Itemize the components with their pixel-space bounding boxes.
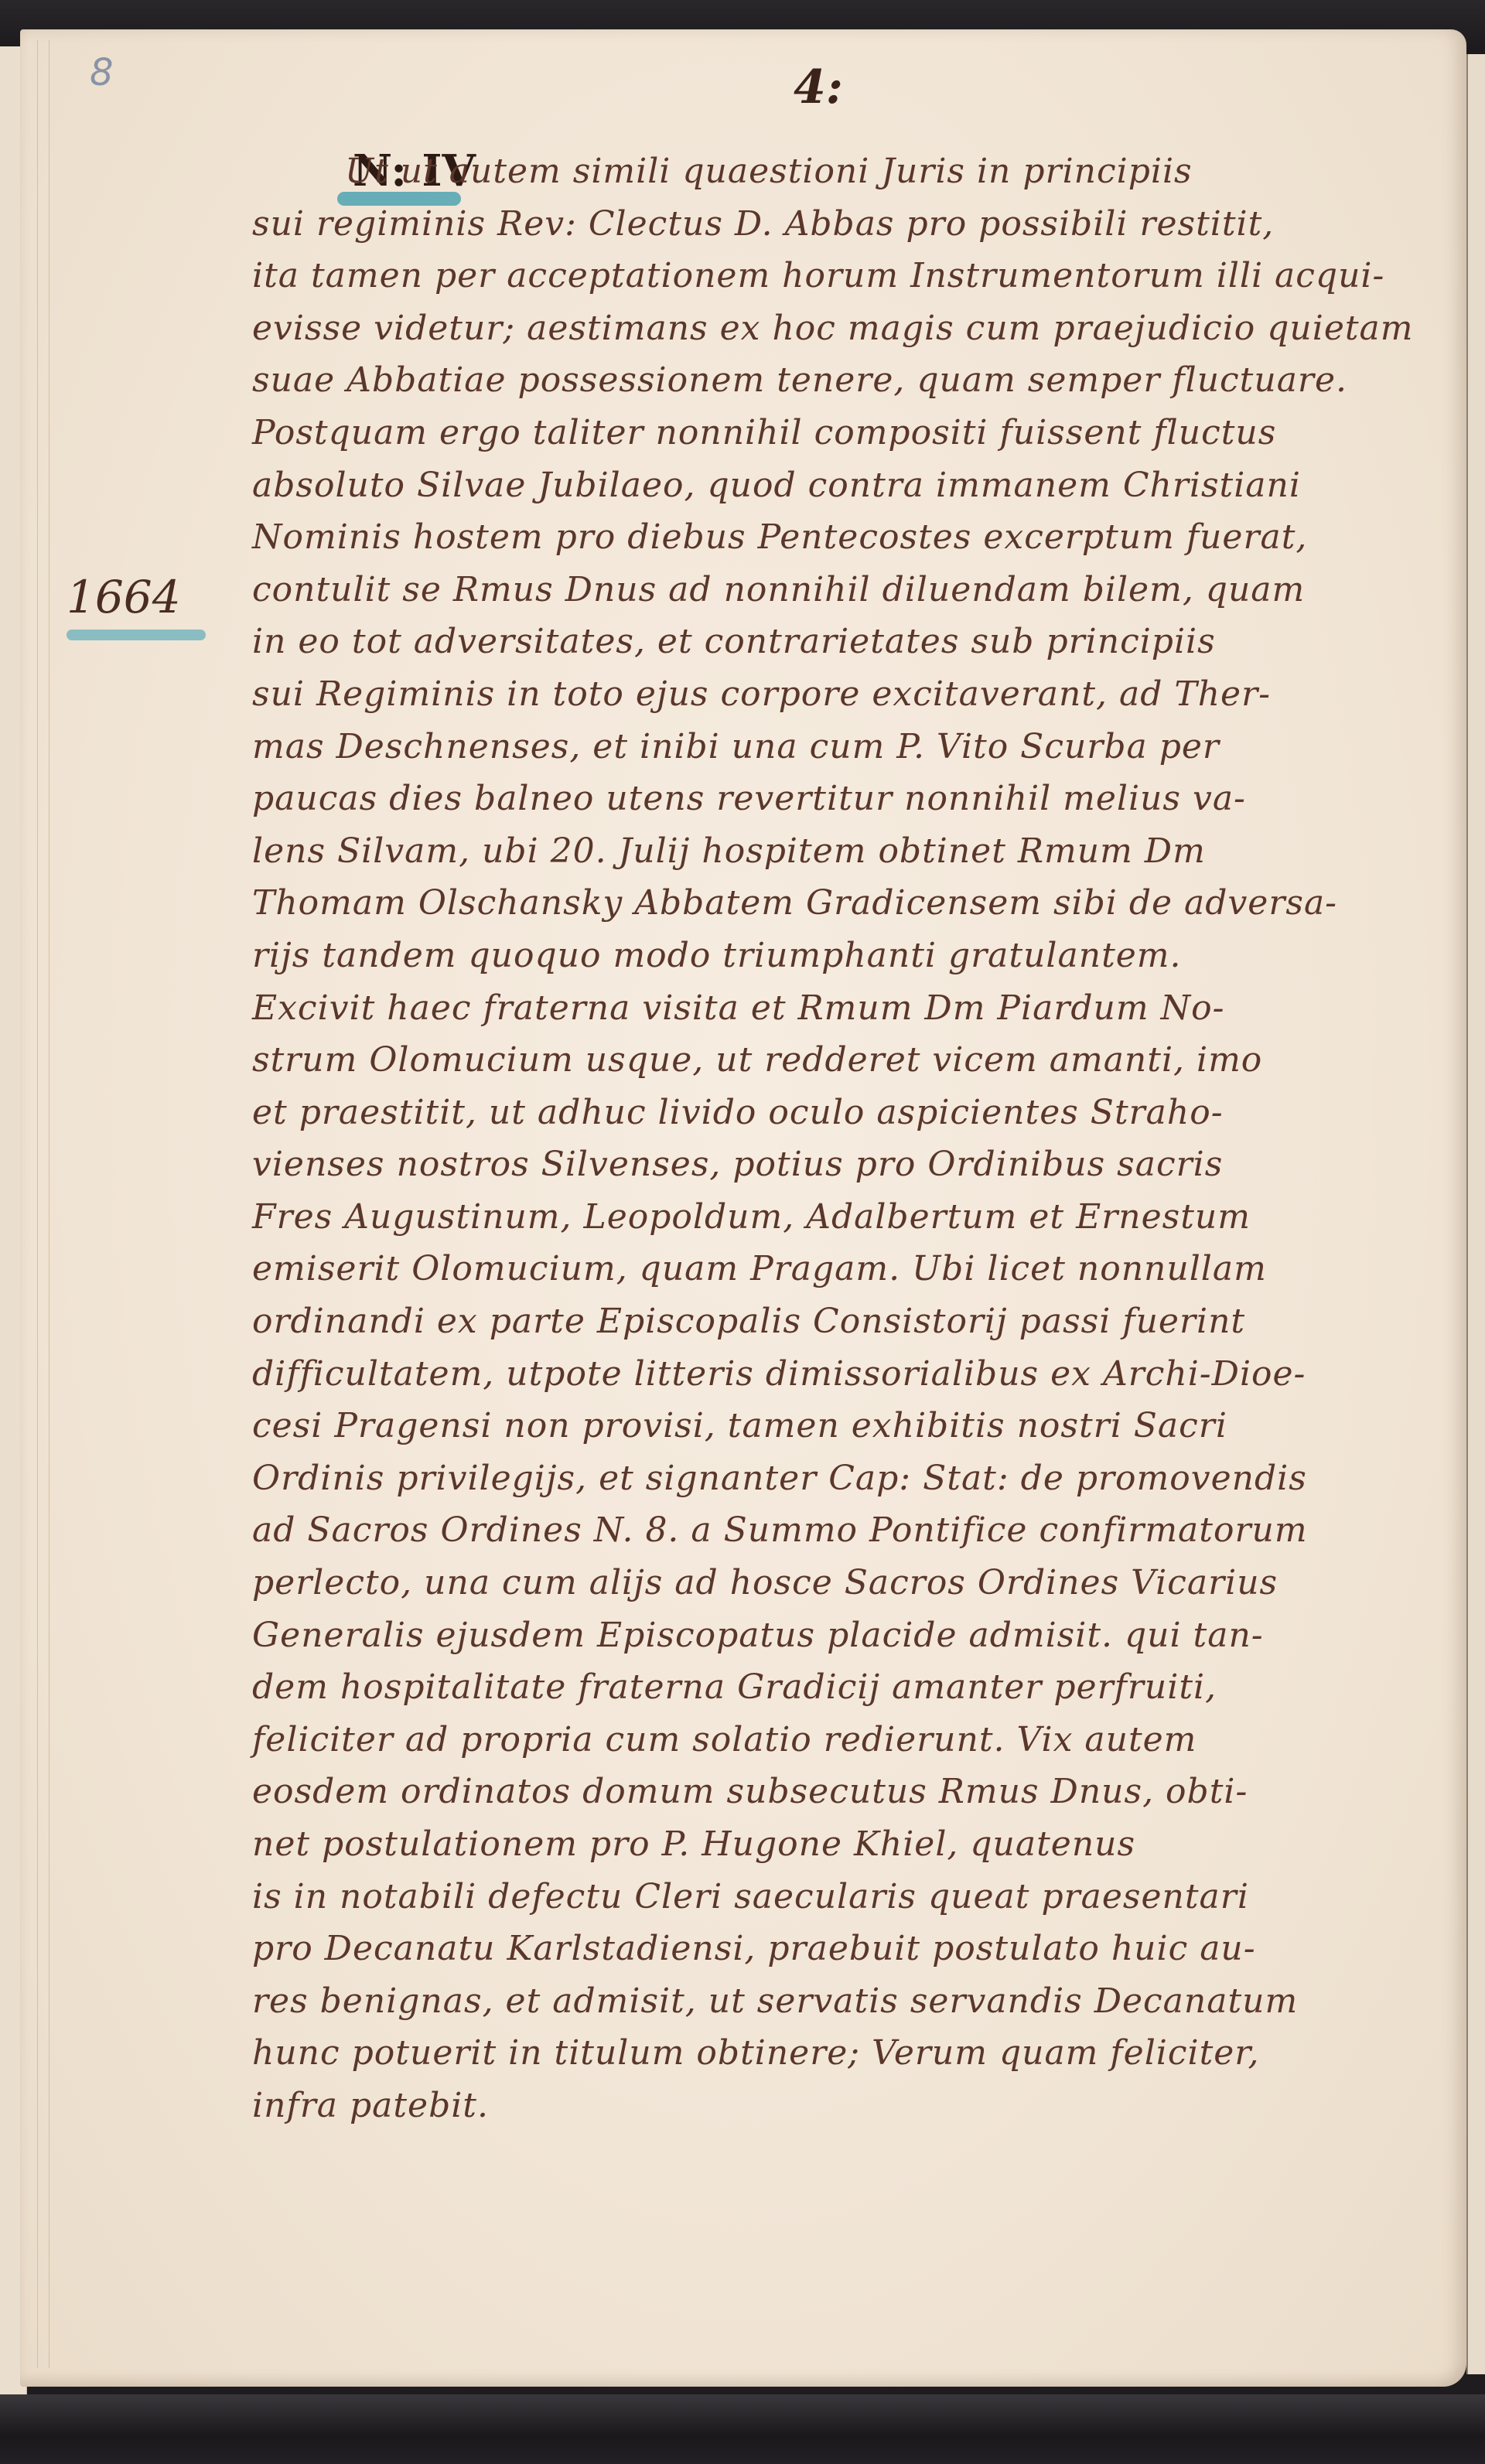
text-line: et praestitit, ut adhuc livido oculo asp…	[252, 1087, 1428, 1139]
text-line: mas Deschnenses, et inibi una cum P. Vit…	[252, 721, 1428, 773]
text-line: is in notabili defectu Cleri saecularis …	[252, 1871, 1428, 1923]
text-line: eosdem ordinatos domum subsecutus Rmus D…	[252, 1766, 1428, 1818]
text-line: vienses nostros Silvenses, potius pro Or…	[252, 1138, 1428, 1191]
book-binding-bottom	[0, 2394, 1485, 2464]
text-line: perlecto, una cum alijs ad hosce Sacros …	[252, 1557, 1428, 1609]
text-line: strum Olomucium usque, ut redderet vicem…	[252, 1034, 1428, 1087]
text-line: cesi Pragensi non provisi, tamen exhibit…	[252, 1400, 1428, 1452]
text-line: Postquam ergo taliter nonnihil compositi…	[252, 407, 1428, 459]
text-line: lens Silvam, ubi 20. Julij hospitem obti…	[252, 825, 1428, 878]
text-line: res benignas, et admisit, ut servatis se…	[252, 1975, 1428, 2028]
text-line: sui regiminis Rev: Clectus D. Abbas pro …	[252, 198, 1428, 251]
text-line: Ordinis privilegijs, et signanter Cap: S…	[252, 1452, 1428, 1505]
text-line: dem hospitalitate fraterna Gradicij aman…	[252, 1661, 1428, 1714]
page-number: 4:	[794, 60, 843, 114]
text-line: ordinandi ex parte Episcopalis Consistor…	[252, 1295, 1428, 1348]
text-line: infra patebit.	[252, 2080, 1428, 2132]
text-line: contulit se Rmus Dnus ad nonnihil diluen…	[252, 564, 1428, 616]
next-leaf-edge	[1466, 54, 1485, 2374]
text-line: Ut ut autem simili quaestioni Juris in p…	[252, 145, 1428, 198]
manuscript-text: Ut ut autem simili quaestioni Juris in p…	[252, 145, 1428, 2132]
text-line: Fres Augustinum, Leopoldum, Adalbertum e…	[252, 1191, 1428, 1244]
text-line: emiserit Olomucium, quam Pragam. Ubi lic…	[252, 1243, 1428, 1295]
text-line: sui Regiminis in toto ejus corpore excit…	[252, 668, 1428, 721]
text-line: ad Sacros Ordines N. 8. a Summo Pontific…	[252, 1504, 1428, 1557]
text-line: Excivit haec fraterna visita et Rmum Dm …	[252, 982, 1428, 1035]
text-line: rijs tandem quoquo modo triumphanti grat…	[252, 930, 1428, 982]
text-line: absoluto Silvae Jubilaeo, quod contra im…	[252, 459, 1428, 512]
text-line: ita tamen per acceptationem horum Instru…	[252, 250, 1428, 302]
margin-year: 1664	[67, 571, 181, 623]
text-line: feliciter ad propria cum solatio redieru…	[252, 1714, 1428, 1766]
text-line: difficultatem, utpote litteris dimissori…	[252, 1348, 1428, 1401]
text-line: Nominis hostem pro diebus Pentecostes ex…	[252, 511, 1428, 564]
text-line: suae Abbatiae possessionem tenere, quam …	[252, 354, 1428, 407]
margin-rule	[37, 40, 49, 2368]
manuscript-page: 8 4: N: IV 1664 Ut ut autem simili quaes…	[20, 29, 1466, 2387]
text-line: net postulationem pro P. Hugone Khiel, q…	[252, 1818, 1428, 1871]
blue-pencil-underline-year	[67, 630, 206, 640]
text-line: Generalis ejusdem Episcopatus placide ad…	[252, 1609, 1428, 1662]
text-line: in eo tot adversitates, et contrarietate…	[252, 616, 1428, 668]
text-line: evisse videtur; aestimans ex hoc magis c…	[252, 302, 1428, 355]
text-line: paucas dies balneo utens revertitur nonn…	[252, 773, 1428, 825]
text-line: hunc potuerit in titulum obtinere; Verum…	[252, 2027, 1428, 2080]
text-line: pro Decanatu Karlstadiensi, praebuit pos…	[252, 1923, 1428, 1975]
text-line: Thomam Olschansky Abbatem Gradicensem si…	[252, 877, 1428, 930]
pencil-folio-number: 8	[90, 51, 114, 94]
